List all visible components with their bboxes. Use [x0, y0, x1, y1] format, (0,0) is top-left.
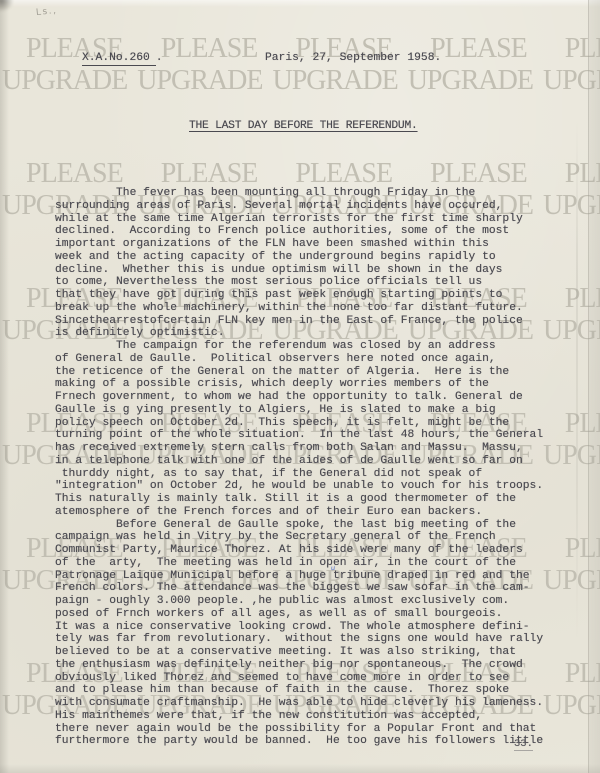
reference-text: X.A.No.260: [82, 52, 156, 66]
document-body: The fever has been mounting all through …: [55, 187, 543, 748]
scan-corner-mark: [0, 0, 14, 12]
blue-ink-annotation: u: [330, 564, 336, 573]
paragraph-3: Before General de Gaulle spoke, the last…: [55, 519, 543, 749]
paragraph-2: The campaign for the referendum was clos…: [55, 340, 543, 519]
dateline: Paris, 27, September 1958.: [265, 52, 441, 64]
typed-content: X.A.No.260. Paris, 27, September 1958. T…: [0, 0, 600, 773]
paragraph-1: The fever has been mounting all through …: [55, 187, 543, 340]
reference-period: .: [156, 52, 163, 64]
document-page: PLEASEPLEASEPLEASEPLEASEPLEASEUPGRADEUPG…: [0, 0, 600, 773]
document-reference: X.A.No.260.: [82, 52, 163, 64]
document-title: THE LAST DAY BEFORE THE REFERENDUM.: [189, 120, 418, 132]
page-number: 33.: [514, 738, 533, 751]
